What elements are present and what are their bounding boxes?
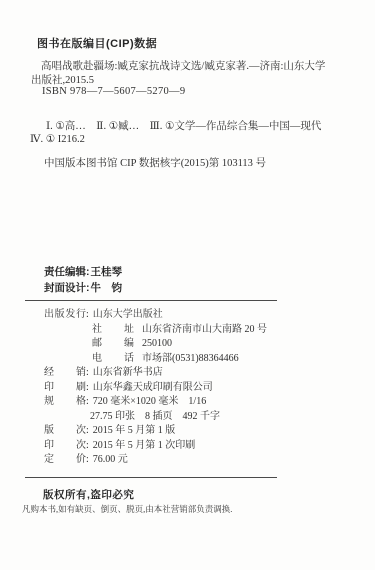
divider-bottom <box>25 477 277 478</box>
row-label: 邮编 <box>92 337 134 352</box>
row-separator: : <box>86 366 89 381</box>
row-value: 250100 <box>142 337 172 352</box>
row-value: 2015 年 5 月第 1 次印刷 <box>93 439 196 454</box>
isbn-line: ISBN 978—7—5607—5270—9 <box>42 86 185 97</box>
designer-line: 封面设计:牛 钧 <box>44 280 122 295</box>
row-value: 76.00 元 <box>93 453 128 468</box>
editor-name: 王桂琴 <box>91 266 123 278</box>
row-separator: : <box>86 308 89 323</box>
editor-line: 责任编辑:王桂琴 <box>44 264 122 279</box>
row-value: 720 毫米×1020 毫米 1/16 <box>93 395 206 410</box>
colophon-row-distributor: 经销:山东省新华书店 <box>44 366 354 381</box>
designer-separator: : <box>86 282 90 294</box>
row-value: 山东省新华书店 <box>93 366 163 381</box>
row-label: 印刷 <box>44 381 86 396</box>
colophon-row-price: 定价:76.00 元 <box>44 453 354 468</box>
editor-label: 责任编辑 <box>44 266 86 278</box>
colophon-row-phone: 电话市场部(0531)88364466 <box>44 352 354 367</box>
row-value: 山东省济南市山大南路 20 号 <box>142 323 267 338</box>
colophon-row-impression: 印次:2015 年 5 月第 1 次印刷 <box>44 439 354 454</box>
row-label: 定价 <box>44 453 86 468</box>
cip-entry-line2: 出版社,2015.5 <box>31 72 94 87</box>
row-label: 版次 <box>44 424 86 439</box>
row-label: 规格 <box>44 395 86 410</box>
row-label: 电话 <box>92 352 134 367</box>
row-separator: : <box>86 439 89 454</box>
row-separator: : <box>86 424 89 439</box>
colophon-row-format: 规格:720 毫米×1020 毫米 1/16 <box>44 395 354 410</box>
cip-record-line: 中国版本图书馆 CIP 数据核字(2015)第 103113 号 <box>44 155 266 170</box>
colophon-row-edition: 版次:2015 年 5 月第 1 版 <box>44 424 354 439</box>
editor-separator: : <box>86 266 90 278</box>
colophon-row-postcode: 邮编250100 <box>44 337 354 352</box>
row-label: 经销 <box>44 366 86 381</box>
row-separator: : <box>86 381 89 396</box>
row-separator: : <box>86 453 89 468</box>
row-label: 印次 <box>44 439 86 454</box>
cip-entry-line1: 高唱战歌赴疆场:臧克家抗战诗文选/臧克家著.—济南:山东大学 <box>41 58 325 73</box>
cip-classification-line: Ⅰ. ①高… Ⅱ. ①臧… Ⅲ. ①文学—作品综合集—中国—现代 <box>46 118 321 133</box>
exchange-notice: 凡购本书,如有缺页、倒页、脱页,由本社营销部负责调换. <box>22 503 232 515</box>
designer-label: 封面设计 <box>44 282 86 294</box>
cip-class-number-line: Ⅳ. ① I216.2 <box>30 133 85 145</box>
row-value: 2015 年 5 月第 1 版 <box>93 424 176 439</box>
row-value: 市场部(0531)88364466 <box>142 352 239 367</box>
colophon-row-publisher: 出版发行:山东大学出版社 <box>44 308 354 323</box>
row-label: 社址 <box>92 323 134 338</box>
row-value: 山东大学出版社 <box>93 308 163 323</box>
row-value: 27.75 印张 8 插页 492 千字 <box>90 410 220 425</box>
colophon-row-address: 社址山东省济南市山大南路 20 号 <box>44 323 354 338</box>
copyright-notice: 版权所有,盗印必究 <box>43 487 134 502</box>
row-label: 出版发行 <box>44 308 86 323</box>
row-value: 山东华鑫天成印刷有限公司 <box>93 381 213 396</box>
designer-name: 牛 钧 <box>91 282 123 294</box>
document-page: 图书在版编目(CIP)数据 高唱战歌赴疆场:臧克家抗战诗文选/臧克家著.—济南:… <box>0 0 375 570</box>
divider-top <box>25 300 277 301</box>
colophon-block: 出版发行:山东大学出版社 社址山东省济南市山大南路 20 号 邮编250100 … <box>44 308 354 468</box>
cip-header: 图书在版编目(CIP)数据 <box>37 35 157 51</box>
colophon-row-format-continuation: 27.75 印张 8 插页 492 千字 <box>44 410 354 425</box>
row-separator: : <box>86 395 89 410</box>
colophon-row-printer: 印刷:山东华鑫天成印刷有限公司 <box>44 381 354 396</box>
